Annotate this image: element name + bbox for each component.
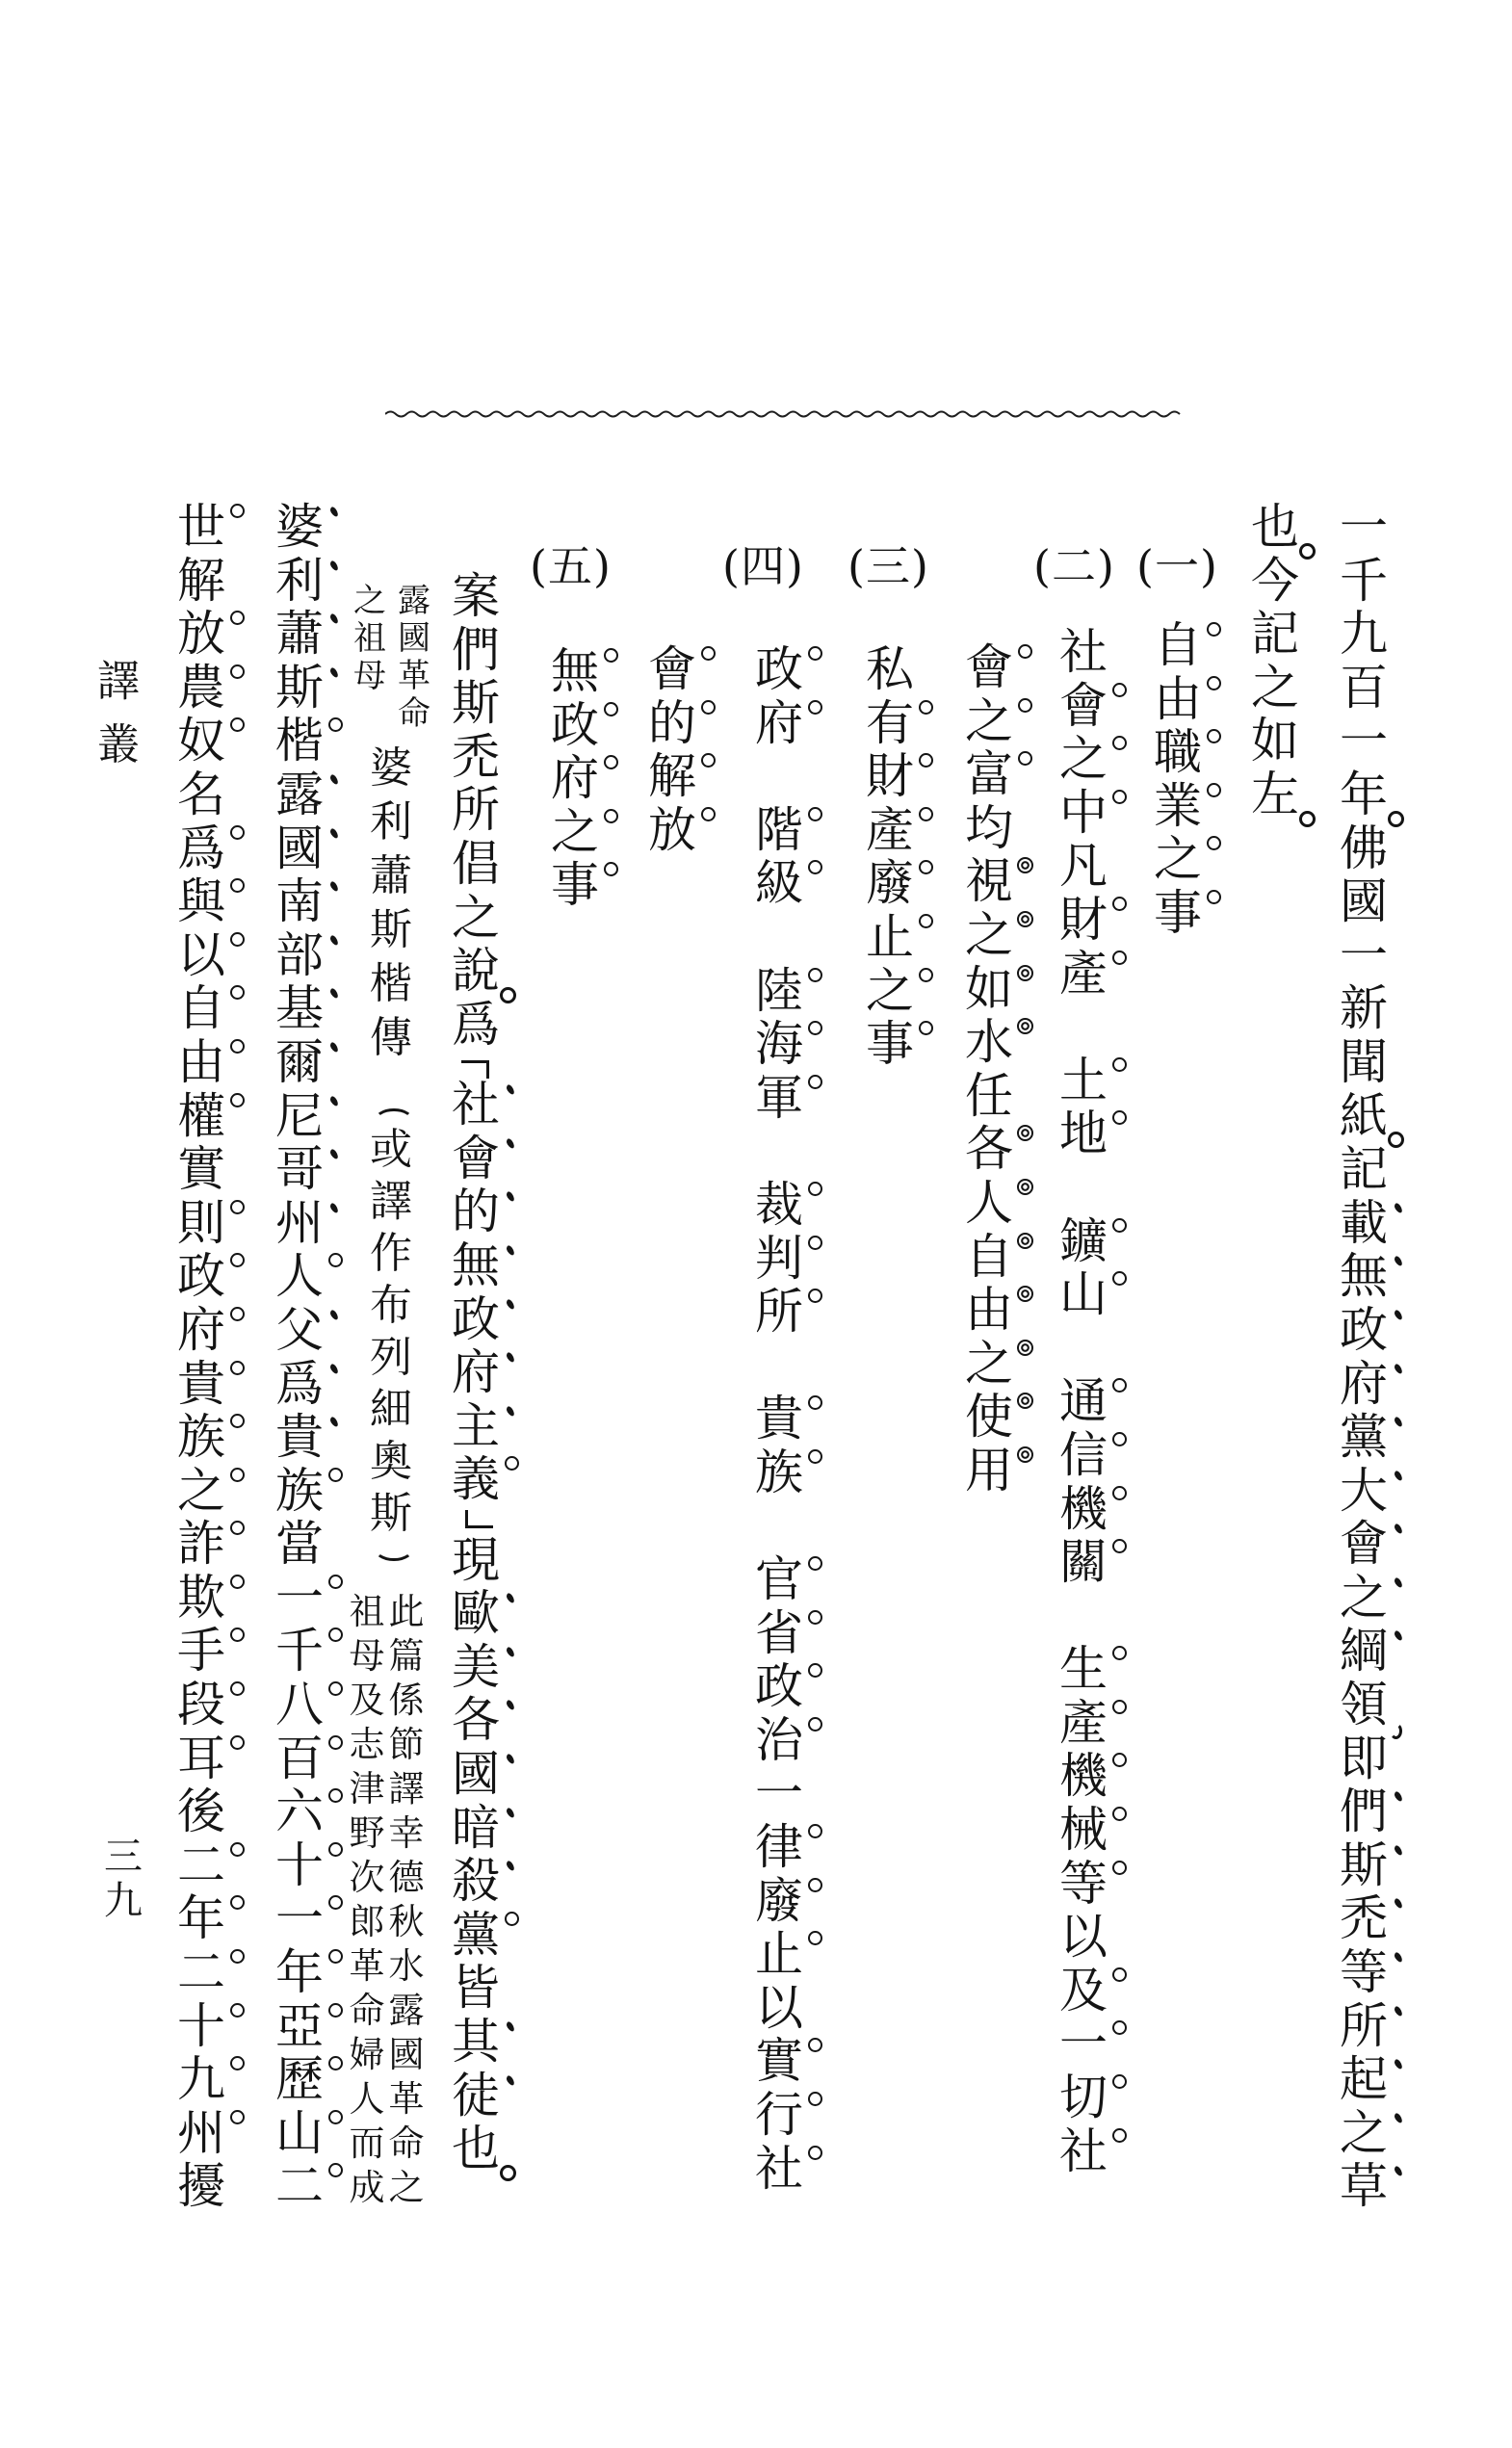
glyph: 信 [1056,1429,1110,1483]
glyph: 現 [449,1534,503,1588]
glyph: 斯 [367,1488,415,1540]
glyph: 譯 [96,650,141,714]
glyph: 爾 [273,1036,326,1090]
glyph: 關 [1056,1536,1110,1590]
glyph: 其 [449,2016,503,2070]
glyph: 殺 [449,1855,503,1909]
glyph: 產 [863,804,917,858]
glyph: 列 [367,1332,415,1384]
glyph: 十 [174,2000,228,2054]
glyph: 水 [387,1944,426,1989]
glyph: 楷 [367,957,415,1011]
glyph: 野 [348,1811,386,1856]
glyph: 之 [387,2166,426,2210]
glyph: 蕭 [273,608,326,662]
glyph: 均 [962,802,1016,856]
glyph: 治 [752,1714,806,1768]
biography-heading-note-right: 露國革命 [395,583,433,733]
glyph: 人 [962,1177,1016,1231]
glyph: 段 [174,1679,228,1732]
glyph: 草 [1337,2160,1391,2214]
glyph: 自 [962,1231,1016,1285]
glyph: 鑛 [1056,1215,1110,1269]
glyph: 擾 [174,2160,228,2214]
glyph: 婆 [273,501,326,555]
glyph: 中 [1056,787,1110,841]
glyph: 國 [1337,875,1391,929]
glyph: 部 [273,929,326,983]
glyph: 綱 [1337,1625,1391,1679]
glyph: 黨 [1337,1411,1391,1465]
glyph: 社 [449,1079,503,1133]
glyph: 奴 [174,715,228,768]
item-label-5: (五) [530,539,612,593]
glyph: 無 [548,645,602,699]
glyph: 一 [1056,2018,1110,2071]
glyph: 廢 [863,857,917,911]
glyph: 階 [752,804,806,858]
glyph: 禿 [449,731,503,785]
glyph: 水 [962,1016,1016,1070]
glyph: 及 [1056,1965,1110,2018]
glyph: 當 [273,1518,326,1572]
glyph: 貴 [752,1393,806,1446]
text-column-biography-1: 婆利蕭斯楷露國南部基爾尼哥州人父爲貴族當一千八百六十一年亞歷山二 [273,501,326,2214]
glyph: 人 [273,1250,326,1304]
glyph: 貴 [273,1411,326,1465]
glyph: 婆 [367,742,415,795]
glyph: 領， [1337,1679,1391,1732]
glyph: 爲 [273,1358,326,1412]
glyph: 族 [752,1446,806,1500]
glyph: 爲 [449,999,503,1053]
glyph: 會 [1056,680,1110,734]
glyph: 黨 [449,1909,503,1963]
glyph: 革 [387,2077,426,2122]
glyph: 人 [348,2077,386,2122]
wavy-rule-divider [385,404,1185,424]
glyph: 州 [273,1197,326,1251]
glyph: 一 [1337,715,1391,768]
glyph: 斯 [449,677,503,731]
glyph: 也。 [1248,501,1302,555]
glyph: 自 [174,982,228,1036]
glyph: 政 [1337,1304,1391,1358]
glyph: 產 [1056,1697,1110,1751]
glyph: 說。 [449,945,503,999]
glyph: 二 [174,1946,228,2000]
glyph: 各 [962,1123,1016,1177]
glyph: 年 [174,1892,228,1946]
glyph: 父 [273,1304,326,1358]
glyph: 州 [174,2107,228,2161]
glyph: 一 [752,1767,806,1821]
text-column-item-5: 無政府之事 [548,645,602,913]
glyph: 百 [273,1732,326,1786]
glyph: 新 [1337,982,1391,1036]
glyph: 國 [449,1748,503,1802]
glyph: 以 [752,1982,806,2036]
glyph: 篇 [387,1634,426,1679]
glyph: 之 [548,806,602,860]
spacing-gap [1056,1001,1110,1055]
glyph: 所 [752,1286,806,1340]
glyph: 解 [174,555,228,609]
glyph: 山 [1056,1268,1110,1322]
glyph: 義 [449,1453,503,1507]
glyph: 止 [752,1928,806,1982]
glyph: 社 [1056,2125,1110,2179]
glyph: 權 [174,1090,228,1144]
glyph: 命 [348,1989,386,2033]
glyph: 婦 [348,2033,386,2077]
glyph: 等 [1337,1946,1391,2000]
glyph: 郎 [348,1900,386,1944]
glyph: 財 [1056,894,1110,948]
glyph: 會 [962,641,1016,695]
text-column-biography-2: 世解放農奴名爲與以自由權實則政府貴族之詐欺手段耳後二年二十九州擾 [174,501,228,2214]
glyph: 級 [752,857,806,911]
glyph: 傳 [367,1011,415,1065]
glyph: 後 [174,1785,228,1839]
glyph: 案 [449,570,503,624]
item-label-1: (一) [1136,539,1218,593]
glyph: 實 [174,1143,228,1197]
glyph: 府 [752,697,806,751]
text-column-item-4-line-1: 政府 階級 陸海軍 裁判所 貴族 官省政治一律廢止以實行社 [752,643,806,2196]
glyph: 歷 [273,2053,326,2107]
glyph: 二 [273,2160,326,2214]
glyph: 私 [863,643,917,697]
glyph: 事 [863,1018,917,1072]
glyph: 楷 [273,715,326,768]
glyph: 記 [1248,608,1302,662]
spacing-gap [1056,1161,1110,1215]
glyph: 露 [387,1989,426,2033]
glyph: 貴 [174,1358,228,1412]
glyph: 一 [1337,501,1391,555]
glyph: 利 [367,795,415,849]
glyph: 如 [1248,715,1302,768]
glyph: 裁 [752,1179,806,1233]
glyph: 以 [1056,1911,1110,1965]
glyph: 紙。 [1337,1090,1391,1144]
glyph: 省 [752,1607,806,1661]
glyph: 母 [348,1634,386,1679]
glyph: 等 [1056,1858,1110,1912]
glyph: 無 [449,1239,503,1293]
glyph: 任 [962,1070,1016,1124]
glyph: 之 [962,695,1016,749]
glyph: 財 [863,750,917,804]
glyph: 尼 [273,1090,326,1144]
glyph: 大 [1337,1465,1391,1519]
glyph: 凡 [1056,840,1110,894]
glyph: 二 [174,1839,228,1893]
glyph: 革 [348,1944,386,1989]
glyph: 產 [1056,948,1110,1002]
glyph: 成 [348,2166,386,2210]
spacing-gap [752,1500,806,1554]
glyph: 府 [548,752,602,806]
glyph: 祖 [348,1590,386,1634]
glyph: 蕭 [367,849,415,903]
glyph: 族 [273,1465,326,1519]
glyph: 族 [174,1411,228,1465]
glyph: 利 [273,555,326,609]
glyph: 富 [962,748,1016,802]
glyph: 使 [962,1391,1016,1445]
glyph: 叢 [96,714,141,777]
glyph: 則 [174,1197,228,1251]
spacing-gap [1056,1590,1110,1644]
text-column-intro-2: 也。今記之如左。 [1248,501,1302,822]
open-paren: （ [367,1098,415,1124]
glyph: 露 [273,768,326,822]
glyph: 之 [863,965,917,1019]
glyph: 與 [174,875,228,929]
glyph: 或 [367,1124,415,1176]
glyph: 政 [449,1293,503,1347]
glyph: 記 [1337,1143,1391,1197]
glyph: 職 [1151,726,1205,780]
glyph: 命 [395,695,433,733]
glyph: 今 [1248,555,1302,609]
glyph: 會 [1337,1518,1391,1572]
glyph: 年 [273,1946,326,2000]
glyph: 也。 [449,2122,503,2176]
glyph: 倡 [449,838,503,892]
glyph: 放 [645,804,699,858]
glyph: 會 [645,643,699,697]
glyph: 府 [449,1346,503,1400]
glyph: 起 [1337,2053,1391,2107]
glyph: 自 [1151,619,1205,673]
glyph: 斯 [273,662,326,716]
glyph: 斯 [367,903,415,957]
glyph: 細 [367,1384,415,1436]
glyph: 廢 [752,1875,806,1929]
glyph: 由 [174,1036,228,1090]
text-column-intro-1: 一千九百一年。佛國一新聞紙。記載無政府黨大會之綱領，即們斯禿等所起之草 [1337,501,1391,2214]
glyph: 械 [1056,1804,1110,1858]
glyph: 一 [273,1892,326,1946]
glyph: 農 [174,662,228,716]
glyph: 國 [273,822,326,876]
glyph: 此 [387,1590,426,1634]
glyph: 各 [449,1694,503,1748]
glyph: 譯 [367,1176,415,1228]
glyph: 三 [102,1835,144,1879]
glyph: 係 [387,1679,426,1723]
glyph: 判 [752,1233,806,1287]
glyph: 政 [752,1660,806,1714]
glyph: 幸 [387,1811,426,1856]
glyph: 禿 [1337,1892,1391,1946]
glyph: 露 [395,583,433,620]
glyph: 視 [962,855,1016,909]
glyph: 亞 [273,2000,326,2054]
glyph: 歐 [449,1587,503,1641]
glyph: 欺 [174,1572,228,1626]
glyph: 機 [1056,1483,1110,1537]
glyph: 無 [1337,1250,1391,1304]
glyph: 軍 [752,1072,806,1126]
item-label-3: (三) [847,539,929,593]
glyph: 作 [367,1228,415,1280]
glyph: 之 [962,1338,1016,1392]
glyph: 年。 [1337,768,1391,822]
glyph: 切 [1056,2071,1110,2125]
spacing-gap [752,1125,806,1179]
glyph: 主 [449,1400,503,1454]
glyph: 所 [1337,2000,1391,2054]
glyph: 即 [1337,1732,1391,1786]
glyph: 及 [348,1679,386,1723]
running-head: 譯叢 [96,650,141,777]
glyph: 詐 [174,1518,228,1572]
glyph: 土 [1056,1055,1110,1108]
glyph: 機 [1056,1750,1110,1804]
glyph: 九 [102,1879,144,1923]
text-column-commentary: 案們斯禿所倡之說。爲「社會的無政府主義」現歐美各國暗殺黨皆其徒也。 [449,570,503,2176]
glyph: 政 [548,699,602,753]
glyph: 律 [752,1821,806,1875]
glyph: 佛 [1337,822,1391,876]
glyph: 們 [449,624,503,678]
glyph: 千 [1337,555,1391,609]
glyph: 千 [273,1625,326,1679]
glyph: 之 [962,909,1016,963]
glyph: 哥 [273,1143,326,1197]
glyph: 陸 [752,965,806,1019]
glyph: 手 [174,1625,228,1679]
biography-title: 婆利蕭斯楷傳 [367,742,415,1065]
glyph: 次 [348,1856,386,1900]
page-number: 三九 [102,1835,144,1923]
glyph: 徒 [449,2070,503,2123]
glyph: 事 [1151,887,1205,941]
spacing-gap [752,750,806,804]
glyph: 爲 [174,822,228,876]
glyph: 節 [387,1723,426,1767]
close-quote-bracket: 」 [449,1507,503,1534]
glyph: 名 [174,768,228,822]
glyph: 一 [273,1572,326,1626]
glyph: 的 [645,697,699,751]
glyph: 國 [395,620,433,658]
glyph: 由 [1151,673,1205,727]
glyph: 聞 [1337,1036,1391,1090]
biography-source-note-left: 祖母及志津野次郎革命婦人而成 [348,1590,386,2210]
glyph: 之 [1337,2107,1391,2161]
glyph: 海 [752,1018,806,1072]
glyph: 斯 [1337,1839,1391,1893]
glyph: 社 [1056,626,1110,680]
glyph: 暗 [449,1802,503,1856]
glyph: 祖 [351,620,389,658]
glyph: 以 [174,929,228,983]
glyph: 用 [962,1445,1016,1498]
comma-mark: ， [1390,1723,1402,1739]
glyph: 實 [752,2035,806,2089]
glyph: 六 [273,1785,326,1839]
glyph: 皆 [449,1962,503,2016]
glyph: 地 [1056,1107,1110,1161]
glyph: 所 [449,784,503,838]
glyph: 母 [351,658,389,695]
glyph: 百 [1337,662,1391,716]
glyph: 國 [387,2033,426,2077]
glyph: 如 [962,963,1016,1017]
spacing-gap [752,1340,806,1393]
text-column-item-1: 自由職業之事 [1151,619,1205,941]
glyph: 耳 [174,1732,228,1786]
glyph: 基 [273,982,326,1036]
glyph: 有 [863,697,917,751]
glyph: 而 [348,2122,386,2166]
glyph: 九 [1337,608,1391,662]
glyph: 通 [1056,1375,1110,1429]
scanned-book-page: (一) (二) (三) (四) (五) 一千九百一年。佛國一新聞紙。記載無政府黨… [0,0,1512,2448]
glyph: 九 [174,2053,228,2107]
glyph: 之 [174,1465,228,1519]
text-column-item-3: 私有財產廢止之事 [863,643,917,1072]
glyph: 之 [1337,1572,1391,1626]
glyph: 之 [1151,833,1205,887]
glyph: 府 [1337,1358,1391,1412]
glyph: 會 [449,1133,503,1186]
glyph: 津 [348,1767,386,1811]
glyph: 生 [1056,1643,1110,1697]
glyph: 之 [1248,662,1302,716]
text-column-item-4-line-2: 會的解放 [645,643,699,857]
item-label-2: (二) [1033,539,1115,593]
spacing-gap [1056,1322,1110,1376]
glyph: 一 [1337,929,1391,983]
text-column-item-2-line-2: 會之富均視之如水任各人自由之使用 [962,641,1016,1498]
glyph: 奧 [367,1436,415,1488]
item-label-4: (四) [722,539,804,593]
spacing-gap [752,911,806,965]
biography-heading-note-left: 之祖母 [351,583,389,695]
glyph: 社 [752,2143,806,2197]
glyph: 世 [174,501,228,555]
glyph: 十 [273,1839,326,1893]
glyph: 行 [752,2089,806,2143]
glyph: 布 [367,1280,415,1332]
glyph: 解 [645,750,699,804]
biography-title-alias: （或譯作布列細奧斯） [367,1098,415,1566]
glyph: 德 [387,1856,426,1900]
glyph: 政 [174,1250,228,1304]
glyph: 政 [752,643,806,697]
glyph: 由 [962,1284,1016,1338]
glyph: 業 [1151,780,1205,834]
text-column-item-2-line-1: 社會之中凡財產 土地 鑛山 通信機關 生產機械等以及一切社 [1056,626,1110,2178]
glyph: 秋 [387,1900,426,1944]
open-quote-bracket: 「 [449,1052,503,1079]
glyph: 美 [449,1641,503,1695]
glyph: 命 [387,2122,426,2166]
glyph: 之 [449,892,503,946]
glyph: 的 [449,1185,503,1239]
glyph: 志 [348,1723,386,1767]
glyph: 載 [1337,1197,1391,1251]
glyph: 南 [273,875,326,929]
glyph: 左。 [1248,768,1302,822]
biography-source-note-right: 此篇係節譯幸德秋水露國革命之 [387,1590,426,2210]
